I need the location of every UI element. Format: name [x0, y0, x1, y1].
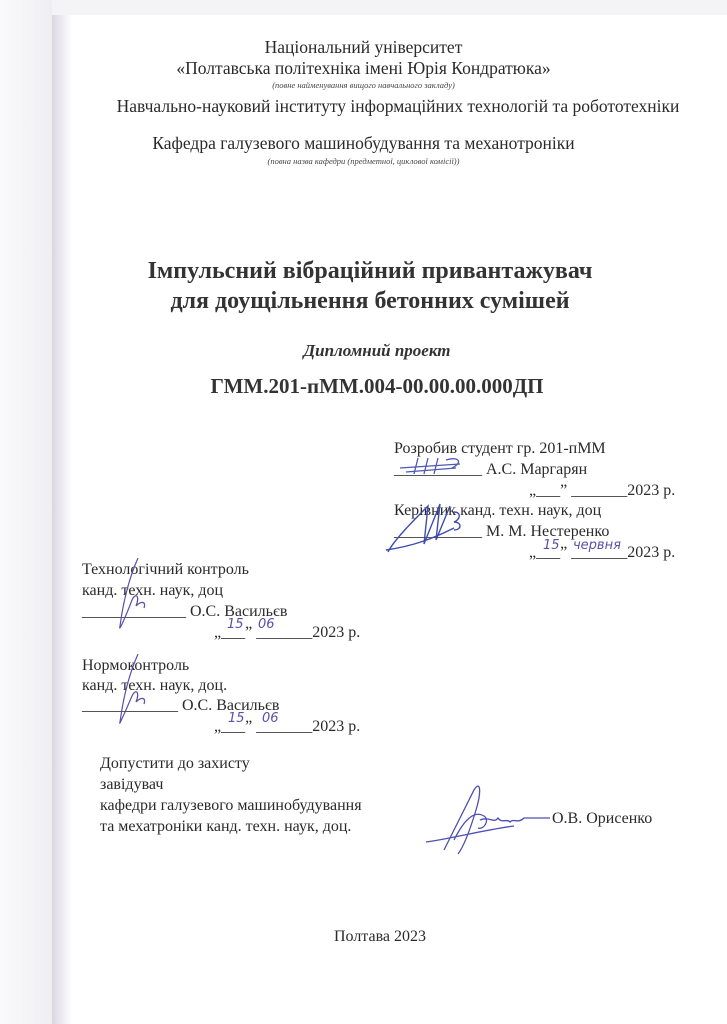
department-note: (повна назва кафедри (предметної, циклов… [0, 156, 727, 166]
document-type: Дипломний проект [0, 341, 727, 361]
developer-date: „___” _______2023 р. [529, 482, 675, 500]
project-title-line-1: Імпульсний вібраційний привантажувач [0, 258, 727, 285]
tech-control-signature-icon [110, 556, 150, 634]
project-title-line-2: для доущільнення бетонних сумішей [0, 288, 727, 315]
approval-name: О.В. Орисенко [552, 810, 652, 828]
approval-line-4: та мехатроніки канд. техн. наук, доц. [100, 818, 351, 836]
approval-line-2: завідувач [100, 776, 163, 794]
institute-name: Навчально-науковий інституту інформаційн… [0, 96, 727, 117]
tech-control-label: Технологічний контроль [82, 561, 249, 579]
supervisor-hand-month: червня [573, 538, 621, 553]
tech-control-hand-day: 15 [227, 617, 244, 632]
document-code: ГММ.201-пММ.004-00.00.00.000ДП [0, 374, 727, 399]
university-line-1: Національний університет [0, 37, 727, 58]
university-line-2: «Полтавська політехніка імені Юрія Кондр… [0, 58, 727, 79]
supervisor-signature-icon [384, 500, 474, 558]
norm-control-degree: канд. техн. наук, доц. [82, 677, 227, 695]
norm-control-hand-day: 15 [228, 711, 245, 726]
tech-control-degree: канд. техн. наук, доц [82, 582, 223, 600]
supervisor-hand-day: 15 [543, 538, 560, 553]
department-name: Кафедра галузевого машинобудування та ме… [0, 133, 727, 154]
approval-line-3: кафедри галузевого машинобудування [100, 797, 362, 815]
norm-control-hand-month: 06 [262, 711, 279, 726]
city-year: Полтава 2023 [0, 928, 727, 946]
approval-line-1: Допустити до захисту [100, 755, 250, 773]
norm-control-signature-icon [110, 652, 150, 728]
university-note: (повне найменування вищого навчального з… [0, 80, 727, 90]
head-signature-icon [424, 780, 554, 860]
tech-control-hand-month: 06 [258, 617, 275, 632]
page-binding-shadow [52, 15, 72, 1024]
developer-signature-icon [398, 454, 468, 476]
